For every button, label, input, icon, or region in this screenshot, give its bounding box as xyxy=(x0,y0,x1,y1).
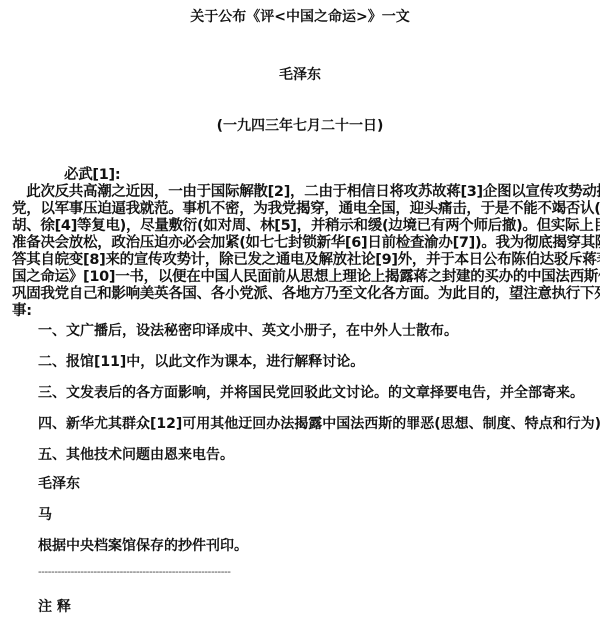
signature-secondary: 马 xyxy=(38,504,52,524)
paragraph-line: 事: xyxy=(12,299,32,320)
signature: 毛泽东 xyxy=(38,473,80,493)
document-title: 关于公布《评<中国之命运>》一文 xyxy=(0,6,600,26)
list-item-3: 三、文发表后的各方面影响，并将国民党回驳此文讨论。的文章择要电告，并全部寄来。 xyxy=(38,382,584,402)
list-item-1: 一、文广播后，设法秘密印译成中、英文小册子，在中外人士散布。 xyxy=(38,320,458,340)
list-item-5: 五、其他技术问题由恩来电告。 xyxy=(38,444,234,464)
list-item-2: 二、报馆[11]中，以此文作为课本，进行解释讨论。 xyxy=(38,351,364,371)
document-date: (一九四三年七月二十一日) xyxy=(0,115,600,135)
divider: ----------------------------------------… xyxy=(38,566,231,578)
notes-heading: 注 释 xyxy=(38,596,71,616)
paragraph-line: 巩固我党自己和影响美英各国、各小党派、各地方乃至文化各方面。为此目的，望注意执行… xyxy=(12,282,600,303)
source-note: 根据中央档案馆保存的抄件刊印。 xyxy=(38,535,248,555)
list-item-4: 四、新华尤其群众[12]可用其他迂回办法揭露中国法西斯的罪恶(思想、制度、特点和… xyxy=(38,413,600,433)
document-author: 毛泽东 xyxy=(0,64,600,84)
